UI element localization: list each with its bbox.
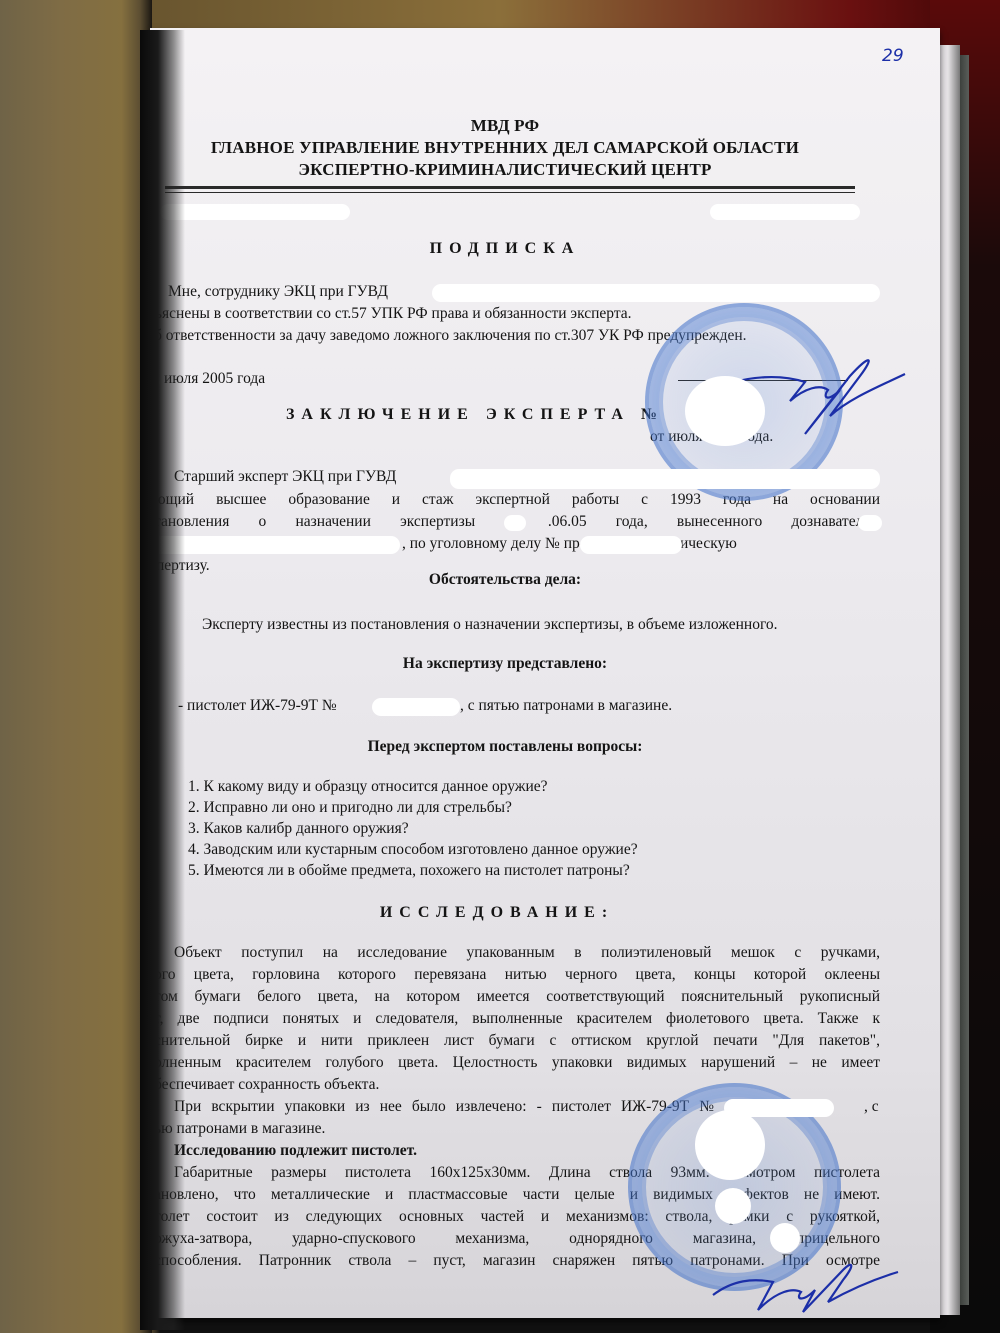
header-rule-thick: [165, 186, 855, 189]
research-p1-line: Объект поступил на исследование упакован…: [174, 944, 880, 962]
research-p1-line: снительной бирке и нити приклеен лист бу…: [154, 1032, 880, 1050]
redaction-investigator: [858, 515, 882, 531]
question-item: 4. Заводским или кустарным способом изго…: [188, 841, 638, 859]
research-p1-line: беспечивает сохранность объекта.: [154, 1076, 379, 1094]
submitted-item-prefix: - пистолет ИЖ-79-9Т №: [178, 697, 337, 715]
circumstances-heading: Обстоятельства дела:: [150, 571, 860, 589]
handwritten-page-number: 29: [882, 46, 904, 66]
redaction-address: [160, 204, 350, 220]
podpiska-title: ПОДПИСКА: [150, 240, 860, 258]
question-item: 1. К какому виду и образцу относится дан…: [188, 778, 548, 796]
podpiska-line-3: б ответственности за дачу заведомо ложно…: [154, 327, 747, 345]
spine-shadow: [140, 30, 185, 1330]
redaction-stamp-dot: [715, 1188, 751, 1224]
redaction-phone: [710, 204, 860, 220]
redaction-stamp-center-2: [695, 1110, 765, 1180]
redaction-stamp-dot: [770, 1223, 800, 1253]
intro-line-1: Старший эксперт ЭКЦ при ГУВД: [174, 468, 396, 486]
question-item: 2. Исправно ли оно и пригодно ли для стр…: [188, 799, 512, 817]
redaction-podpiska-name: [432, 284, 880, 302]
podpiska-line-2: ъяснены в соответствии со ст.57 УПК РФ п…: [154, 305, 632, 323]
research-p1-line: олненным красителем голубого цвета. Цело…: [154, 1054, 880, 1072]
redaction-stamp-center: [685, 376, 765, 446]
podpiska-line-1: Мне, сотруднику ЭКЦ при ГУВД: [168, 283, 388, 301]
question-item: 3. Каков калибр данного оружия?: [188, 820, 409, 838]
intro-line-4: , по уголовному делу № произвел баллисти…: [402, 535, 737, 553]
research-p1-line: ого цвета, горловина которого перевязана…: [154, 966, 880, 984]
redaction-serial-number: [372, 698, 460, 716]
circumstances-text: Эксперту известны из постановления о наз…: [202, 616, 778, 634]
signature-icon: [703, 1260, 903, 1320]
submitted-item-suffix: , с пятью патронами в магазине.: [460, 697, 672, 715]
question-item: 5. Имеются ли в обойме предмета, похожег…: [188, 862, 630, 880]
header-department: ГЛАВНОЕ УПРАВЛЕНИЕ ВНУТРЕННИХ ДЕЛ САМАРС…: [150, 138, 860, 158]
research-p2-line: При вскрытии упаковки из нее было извлеч…: [174, 1098, 714, 1116]
header-ministry: МВД РФ: [150, 116, 860, 136]
redaction-order-day: [504, 515, 526, 531]
header-rule-thin: [165, 192, 855, 193]
redaction-case-number: [580, 536, 682, 554]
document-page: 29 МВД РФ ГЛАВНОЕ УПРАВЛЕНИЕ ВНУТРЕННИХ …: [150, 28, 940, 1318]
research-subheading: Исследованию подлежит пистолет.: [174, 1142, 417, 1160]
research-p1-line: т, две подписи понятых и следователя, вы…: [154, 1010, 880, 1028]
submitted-heading: На экспертизу представлено:: [150, 655, 860, 673]
header-center: ЭКСПЕРТНО-КРИМИНАЛИСТИЧЕСКИЙ ЦЕНТР: [150, 160, 860, 180]
binder-cover: [0, 0, 152, 1333]
research-p2-line: , с: [864, 1098, 879, 1116]
questions-heading: Перед экспертом поставлены вопросы:: [150, 738, 860, 756]
redaction-expert-name: [450, 469, 880, 489]
research-p1-line: том бумаги белого цвета, на котором имее…: [154, 988, 880, 1006]
research-title: ИССЛЕДОВАНИЕ:: [142, 904, 852, 922]
